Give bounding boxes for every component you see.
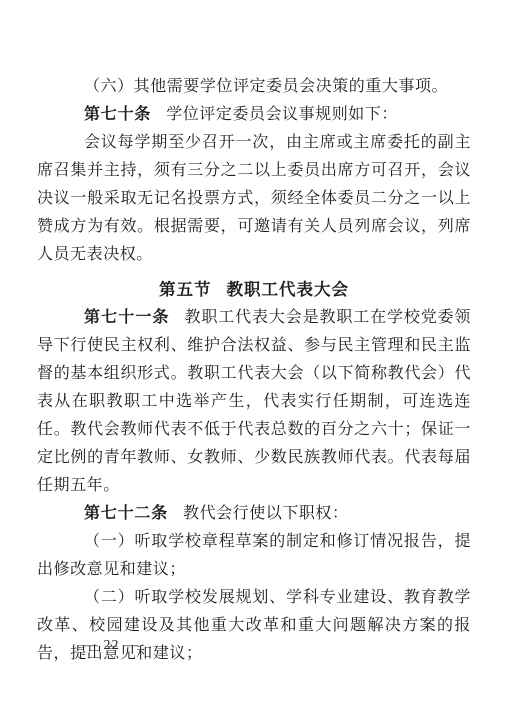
article-70-text: 学位评定委员会议事规则如下： <box>166 106 398 123</box>
clause-item-2: （二）听取学校发展规划、学科专业建设、教育教学改革、校园建设及其他重大改革和重大… <box>37 584 471 668</box>
clause-item-6-text: （六）其他需要学位评定委员会决策的重大事项。 <box>84 78 448 95</box>
article-71-number: 第七十一条 <box>84 309 170 326</box>
document-content: （六）其他需要学位评定委员会决策的重大事项。 第七十条学位评定委员会议事规则如下… <box>37 73 471 668</box>
article-72-text: 教代会行使以下职权： <box>183 505 349 522</box>
clause-item-1: （一）听取学校章程草案的制定和修订情况报告，提出修改意见和建议； <box>37 528 471 584</box>
article-72: 第七十二条教代会行使以下职权： <box>37 500 471 528</box>
article-71: 第七十一条教职工代表大会是教职工在学校党委领导下行使民主权利、维护合法权益、参与… <box>37 304 471 500</box>
document-page: （六）其他需要学位评定委员会决策的重大事项。 第七十条学位评定委员会议事规则如下… <box>0 0 511 709</box>
article-72-number: 第七十二条 <box>84 505 168 522</box>
article-70-number: 第七十条 <box>84 106 151 123</box>
clause-item-1-text: （一）听取学校章程草案的制定和修订情况报告，提出修改意见和建议； <box>37 533 471 578</box>
article-70: 第七十条学位评定委员会议事规则如下： <box>37 101 471 129</box>
meeting-rules-paragraph: 会议每学期至少召开一次，由主席或主席委托的副主席召集并主持，须有三分之二以上委员… <box>37 129 471 269</box>
clause-item-6: （六）其他需要学位评定委员会决策的重大事项。 <box>37 73 471 101</box>
section-5-heading: 第五节教职工代表大会 <box>37 276 471 304</box>
article-71-text: 教职工代表大会是教职工在学校党委领导下行使民主权利、维护合法权益、参与民主管理和… <box>37 309 471 494</box>
section-5-title: 教职工代表大会 <box>227 281 350 299</box>
page-number: — 22 — <box>84 638 139 654</box>
meeting-rules-text: 会议每学期至少召开一次，由主席或主席委托的副主席召集并主持，须有三分之二以上委员… <box>37 134 471 263</box>
section-5-number: 第五节 <box>159 281 212 299</box>
